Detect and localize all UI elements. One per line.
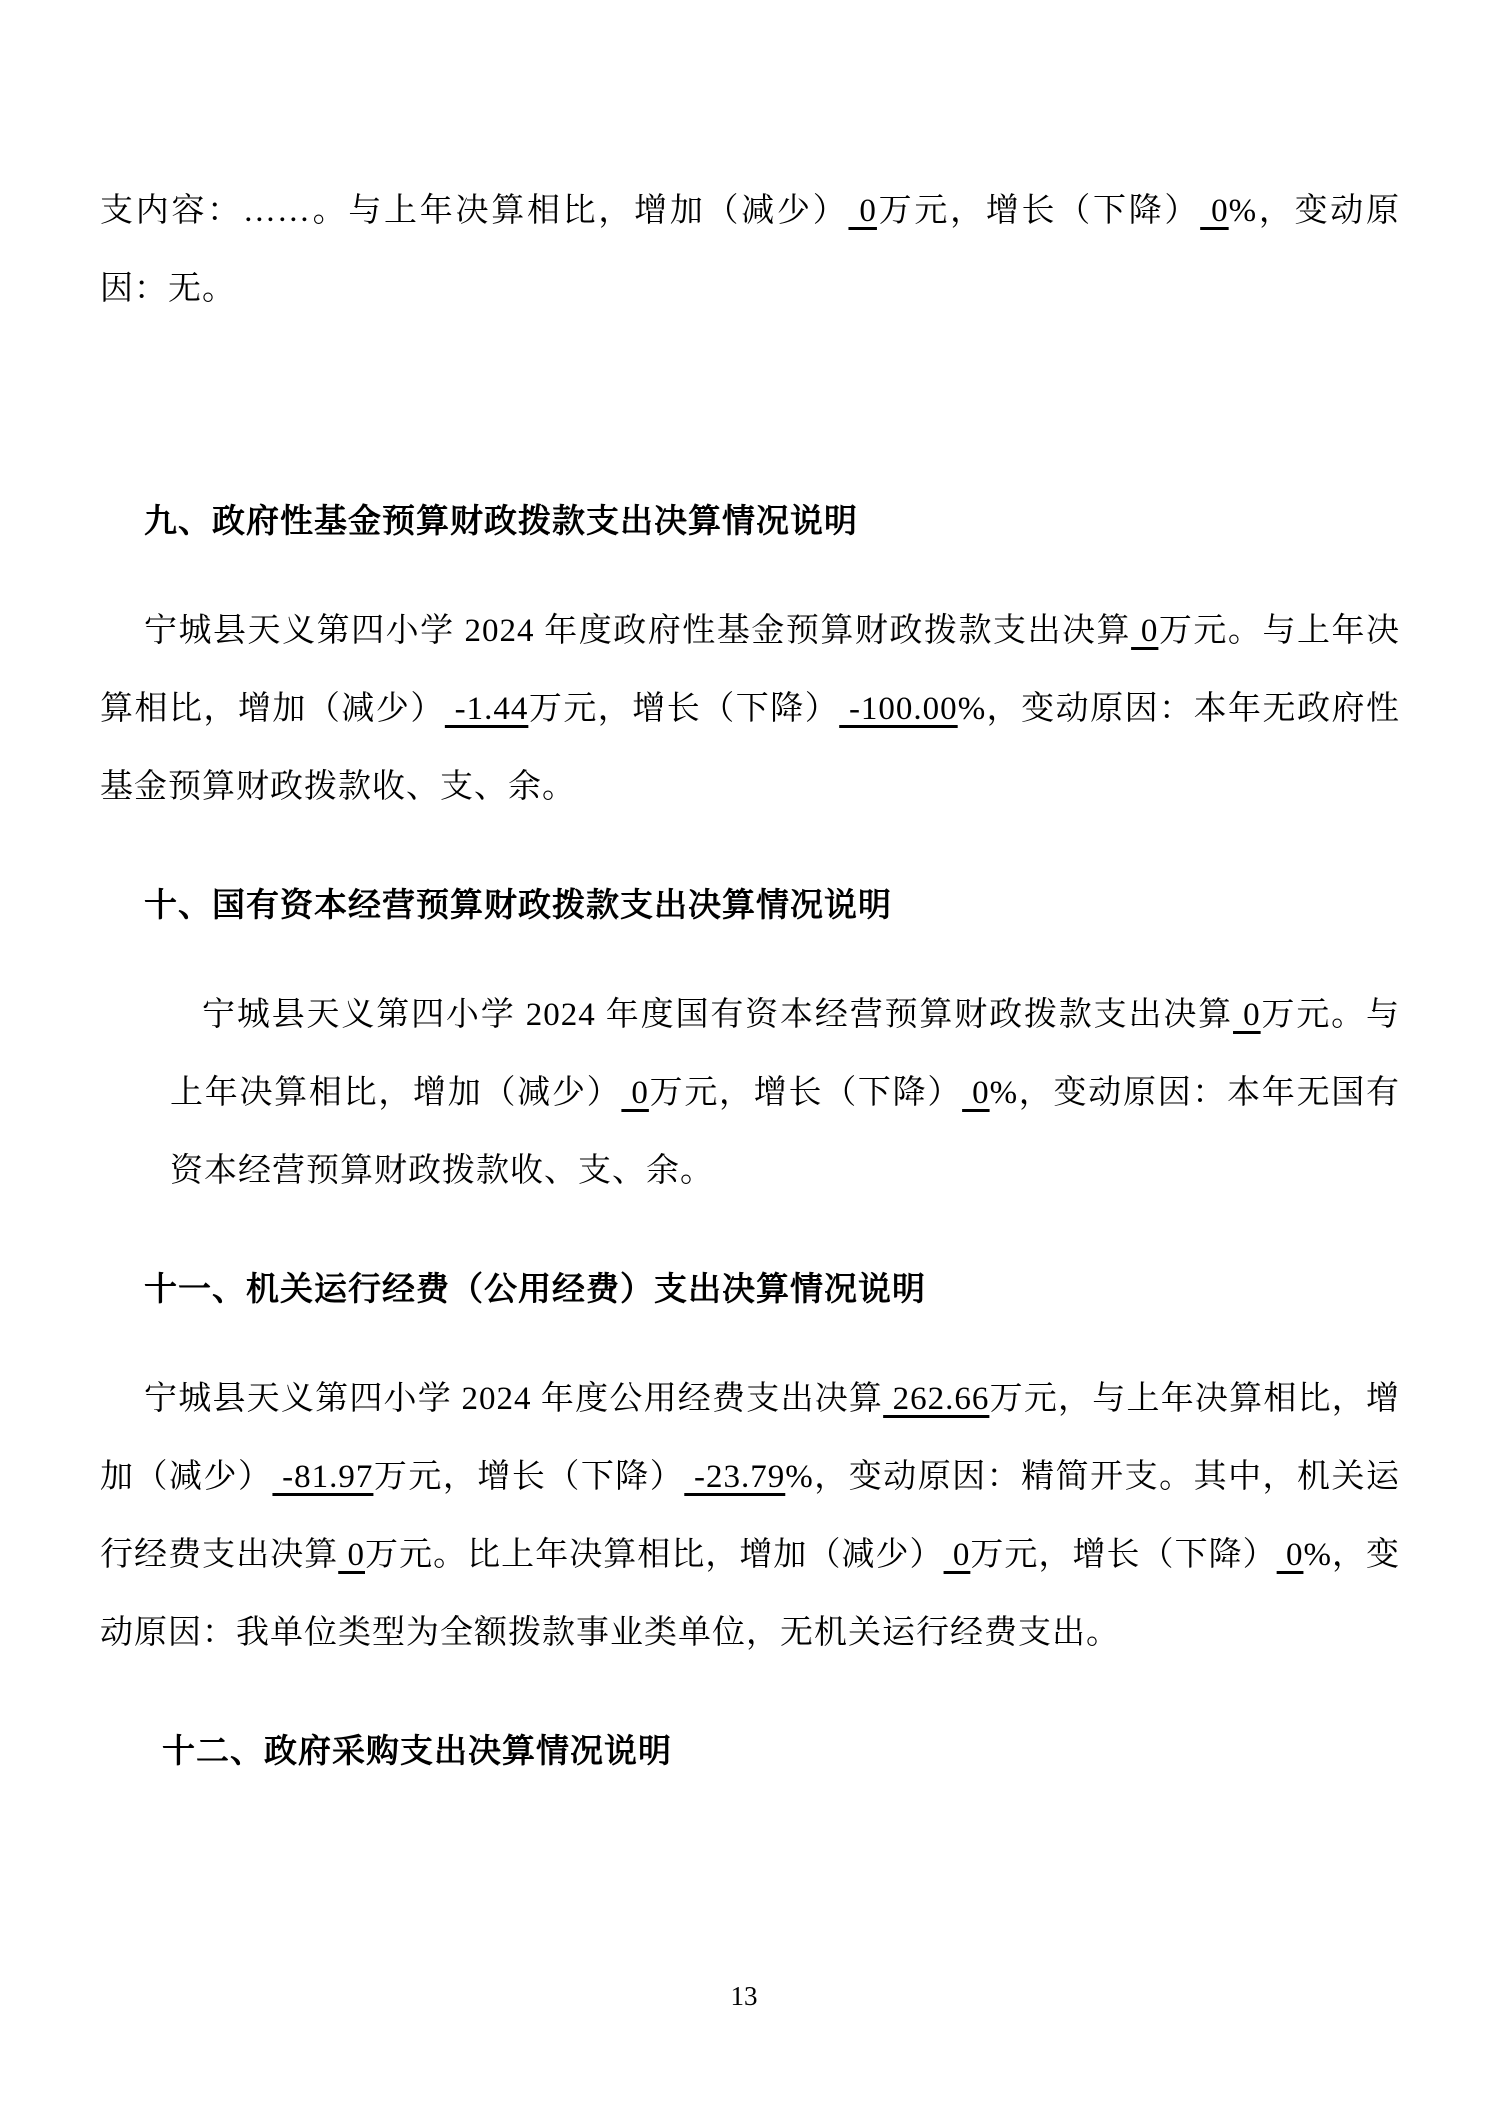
underlined-value: -1.44 xyxy=(445,691,528,727)
underlined-value: 262.66 xyxy=(883,1381,989,1417)
underlined-value: 0 xyxy=(848,193,876,229)
section-11-paragraph: 宁城县天义第四小学 2024 年度公用经费支出决算 262.66万元，与上年决算… xyxy=(100,1360,1400,1672)
section-10-heading: 十、国有资本经营预算财政拨款支出决算情况说明 xyxy=(100,882,1400,928)
text-run: 万元，增长（下降） xyxy=(649,1075,962,1111)
section-11-heading: 十一、机关运行经费（公用经费）支出决算情况说明 xyxy=(100,1266,1400,1312)
section-9-heading: 九、政府性基金预算财政拨款支出决算情况说明 xyxy=(100,498,1400,544)
underlined-value: 0 xyxy=(1131,613,1158,649)
underlined-value: -100.00 xyxy=(839,691,957,727)
underlined-value: 0 xyxy=(962,1075,989,1111)
text-run: 宁城县天义第四小学 2024 年度政府性基金预算财政拨款支出决算 xyxy=(144,613,1131,649)
underlined-value: 0 xyxy=(338,1537,365,1573)
section-9-paragraph: 宁城县天义第四小学 2024 年度政府性基金预算财政拨款支出决算 0万元。与上年… xyxy=(100,592,1400,826)
underlined-value: 0 xyxy=(1277,1537,1304,1573)
text-run: （下降） xyxy=(1141,1537,1277,1573)
section-12-heading: 十二、政府采购支出决算情况说明 xyxy=(100,1728,1400,1774)
carryover-paragraph: 支内容：……。与上年决算相比，增加（减少） 0万元，增长（下降） 0%，变动原因… xyxy=(100,172,1400,328)
text-run: 宁城县天义第四小学 2024 年度国有资本经营预算财政拨款支出决算 xyxy=(202,997,1233,1033)
page-number: 13 xyxy=(0,1981,1488,2012)
text-run: 万元。比上年决算相比，增加（减少） xyxy=(365,1537,944,1573)
text-run: 万元，增长 xyxy=(970,1537,1140,1573)
text-run: 支内容：……。与上年决算相比，增加（减少） xyxy=(100,193,848,229)
section-10-paragraph: 宁城县天义第四小学 2024 年度国有资本经营预算财政拨款支出决算 0万元。与上… xyxy=(170,976,1400,1210)
document-page: 支内容：……。与上年决算相比，增加（减少） 0万元，增长（下降） 0%，变动原因… xyxy=(0,0,1488,1774)
text-run: 万元，增长（下降） xyxy=(373,1459,684,1495)
underlined-value: -23.79 xyxy=(684,1459,785,1495)
underlined-value: 0 xyxy=(1233,997,1261,1033)
text-run: 宁城县天义第四小学 2024 年度公用经费支出决算 xyxy=(144,1381,883,1417)
text-run: 万元，增长（下降） xyxy=(877,193,1200,229)
underlined-value: -81.97 xyxy=(272,1459,373,1495)
underlined-value: 0 xyxy=(621,1075,648,1111)
underlined-value: 0 xyxy=(944,1537,971,1573)
text-run: 万元，增长（下降） xyxy=(528,691,839,727)
underlined-value: 0 xyxy=(1200,193,1228,229)
